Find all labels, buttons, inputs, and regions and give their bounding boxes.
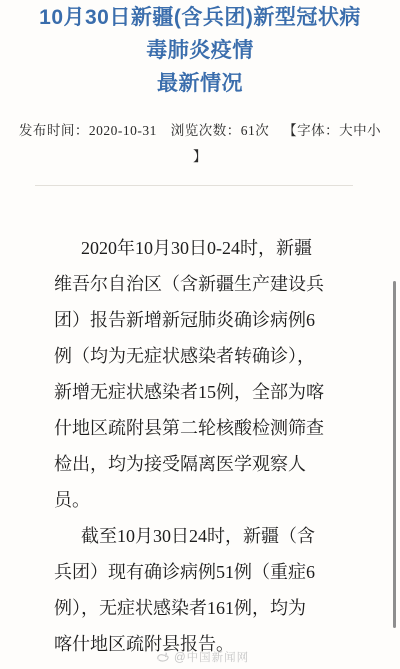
body-line: 兵团）现有确诊病例51例（重症6 — [54, 554, 344, 590]
body-line: 员。 — [54, 482, 344, 518]
view-count-value: 61次 — [241, 123, 270, 138]
body-line: 例（均为无症状感染者转确诊）， — [54, 338, 344, 374]
page-title-line: 最新情况 — [0, 67, 400, 100]
paragraph: 截至10月30日24时，新疆（含 兵团）现有确诊病例51例（重症6 例），无症状… — [54, 518, 344, 662]
font-size-control-close-bracket: 】 — [0, 144, 400, 170]
article-body: 2020年10月30日0-24时，新疆 维吾尔自治区（含新疆生产建设兵 团）报告… — [54, 230, 344, 662]
font-size-control: 【字体：大中小 — [283, 123, 381, 138]
font-size-small-button[interactable]: 小 — [367, 123, 381, 138]
body-line: 新增无症状感染者15例，全部为喀 — [54, 374, 344, 410]
view-count: 浏览次数：61次 — [171, 123, 270, 138]
page-title-line: 毒肺炎疫情 — [0, 34, 400, 67]
body-line: 什地区疏附县第二轮核酸检测筛查 — [54, 410, 344, 446]
publish-time-value: 2020-10-31 — [89, 123, 157, 138]
cns-doodle-logo-icon — [156, 651, 171, 663]
article-page: 10月30日新疆(含兵团)新型冠状病 毒肺炎疫情 最新情况 发布时间：2020-… — [0, 0, 400, 669]
watermark: @中国新闻网 — [156, 649, 249, 665]
font-size-large-button[interactable]: 大 — [339, 123, 353, 138]
header-divider — [35, 185, 353, 186]
view-count-label: 浏览次数： — [171, 123, 241, 138]
body-line: 检出，均为接受隔离医学观察人 — [54, 446, 344, 482]
font-size-control-label: 【字体： — [283, 123, 339, 138]
page-title: 10月30日新疆(含兵团)新型冠状病 毒肺炎疫情 最新情况 — [0, 1, 400, 100]
paragraph: 2020年10月30日0-24时，新疆 维吾尔自治区（含新疆生产建设兵 团）报告… — [54, 230, 344, 518]
body-line: 2020年10月30日0-24时，新疆 — [54, 230, 344, 266]
body-line: 截至10月30日24时，新疆（含 — [54, 518, 344, 554]
font-size-medium-button[interactable]: 中 — [353, 123, 367, 138]
page-title-line: 10月30日新疆(含兵团)新型冠状病 — [0, 1, 400, 34]
publish-time-label: 发布时间： — [19, 123, 89, 138]
body-line: 团）报告新增新冠肺炎确诊病例6 — [54, 302, 344, 338]
scrollbar-thumb[interactable] — [393, 281, 396, 628]
publish-time: 发布时间：2020-10-31 — [19, 123, 157, 138]
body-line: 例），无症状感染者161例，均为 — [54, 590, 344, 626]
body-line: 维吾尔自治区（含新疆生产建设兵 — [54, 266, 344, 302]
article-meta: 发布时间：2020-10-31 浏览次数：61次 【字体：大中小 】 — [0, 118, 400, 170]
watermark-text: @中国新闻网 — [174, 649, 249, 665]
